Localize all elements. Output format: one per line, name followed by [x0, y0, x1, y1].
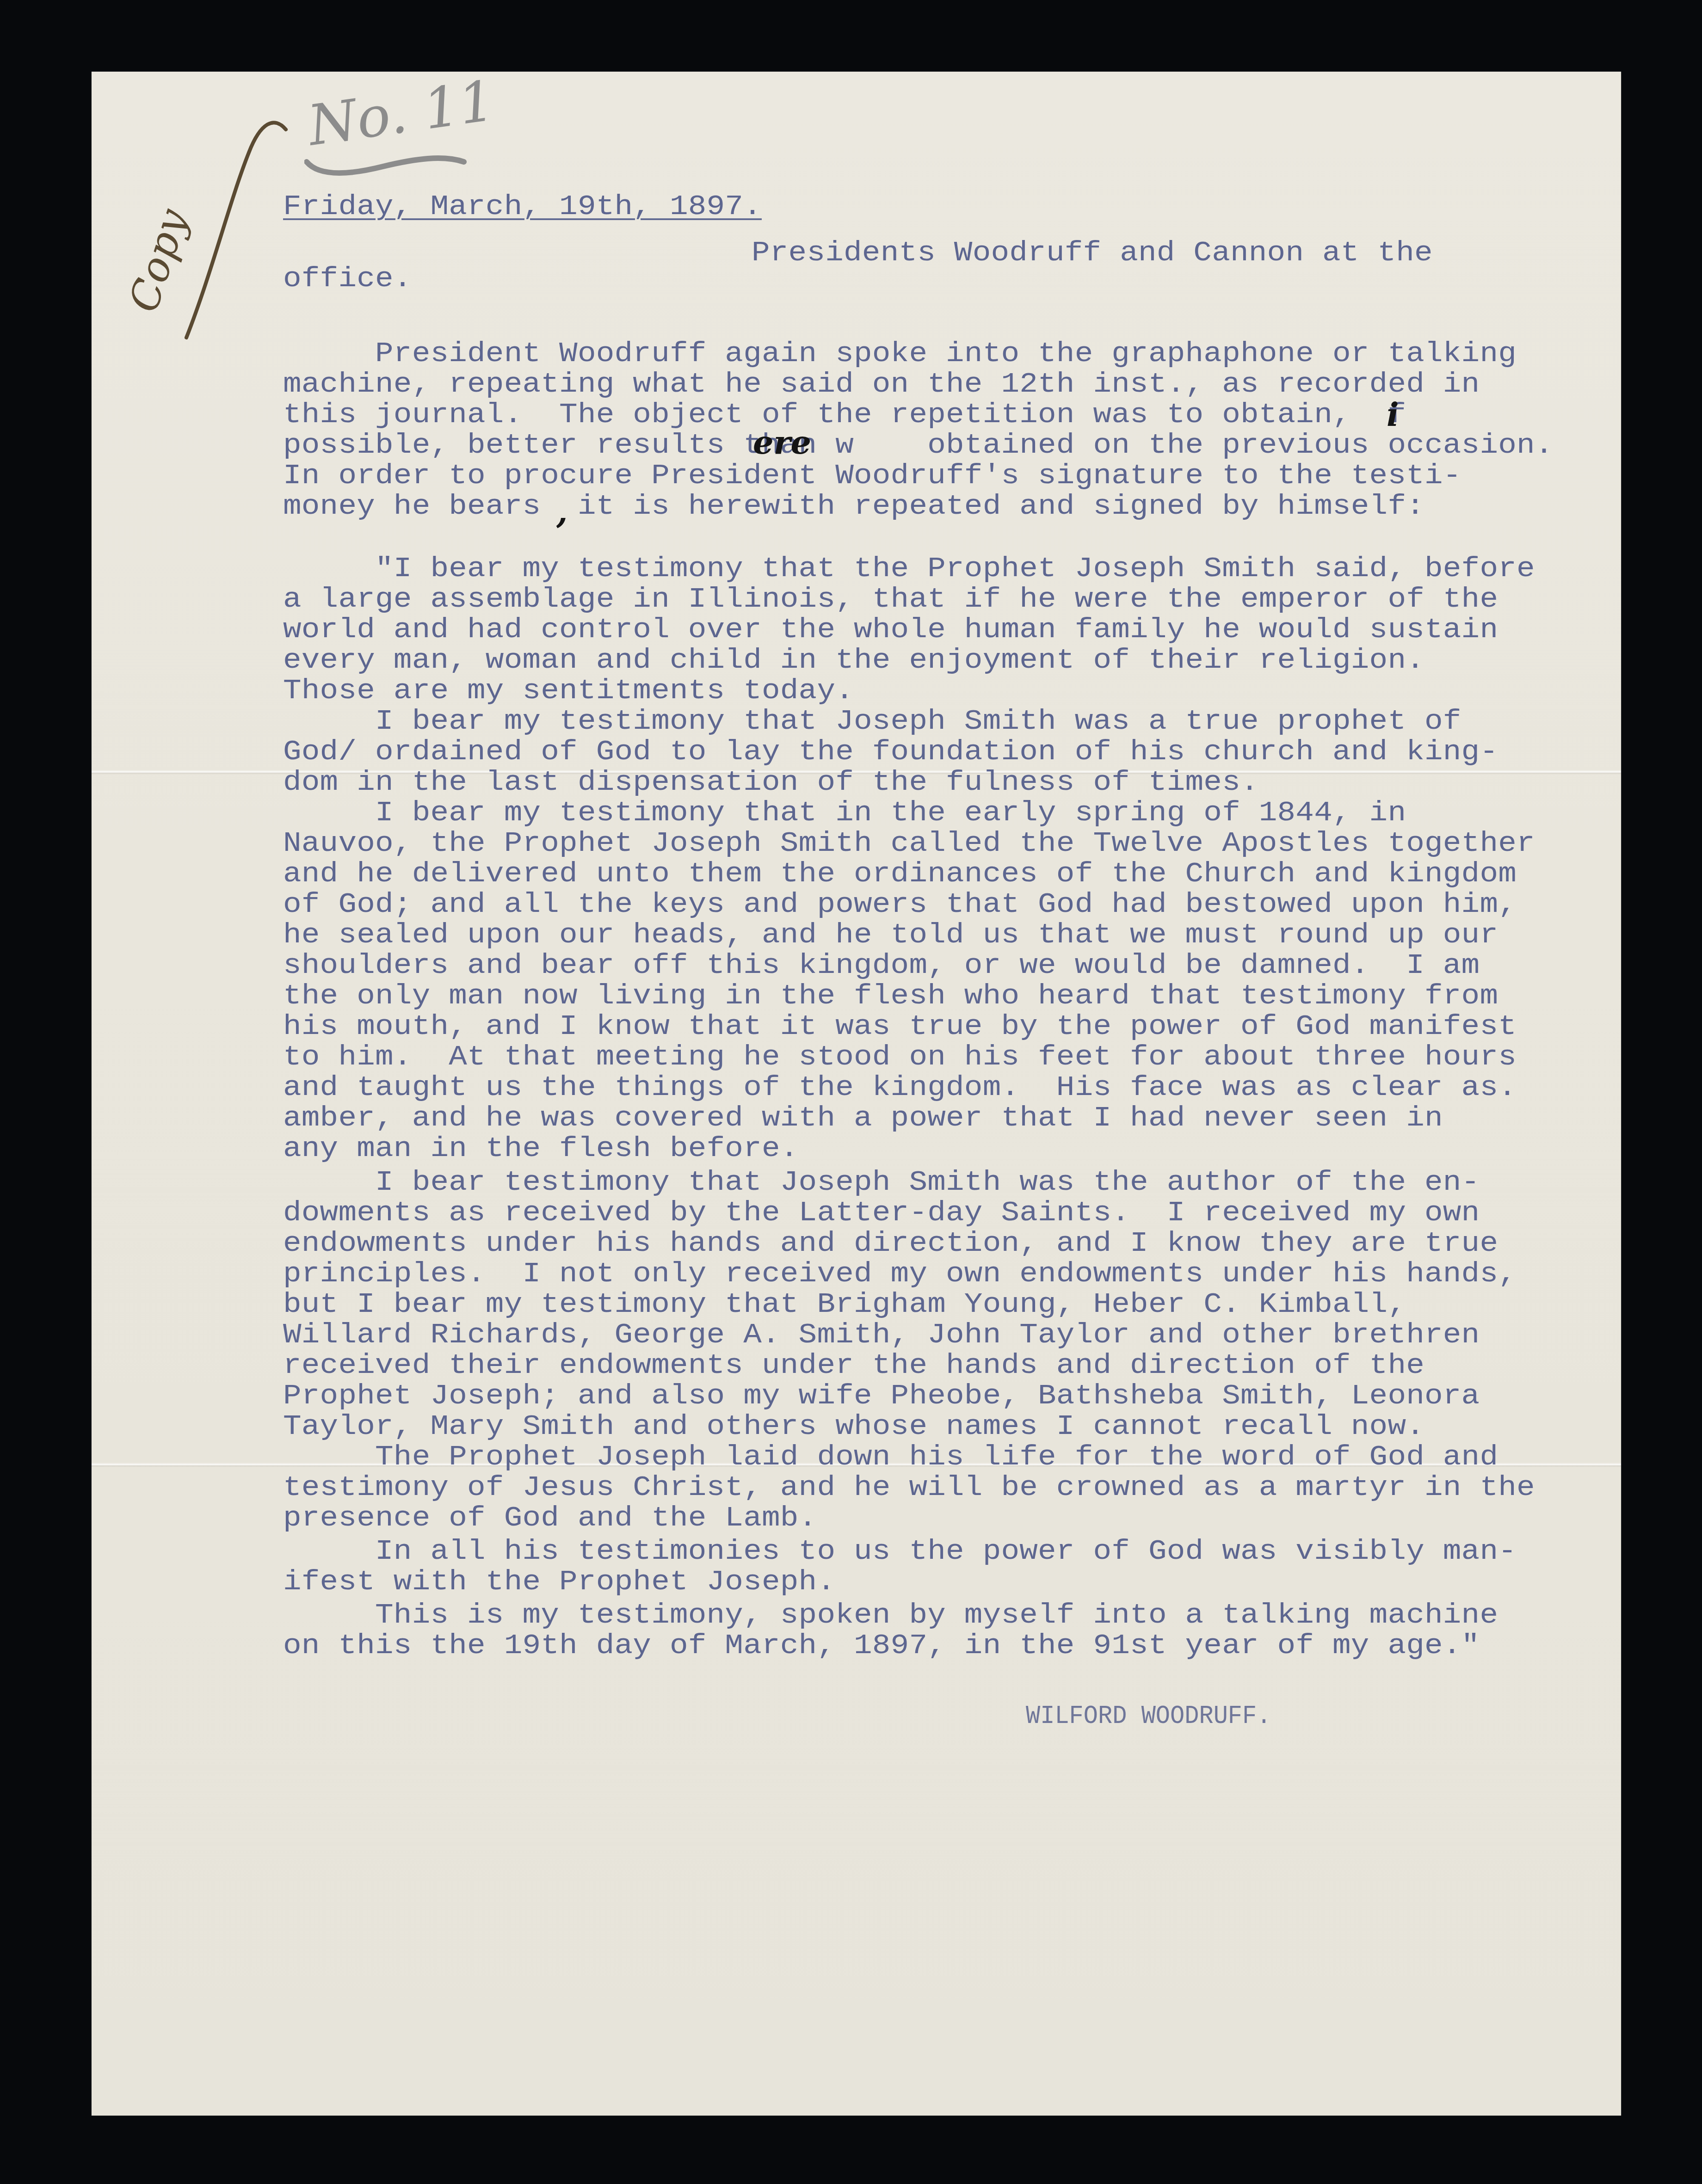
handwritten-document-number: No. 11: [304, 69, 499, 159]
testimony-line: but I bear my testimony that Brigham You…: [283, 1291, 1406, 1319]
testimony-line: dom in the last dispensation of the fuln…: [283, 769, 1259, 797]
testimony-line: and he delivered unto them the ordinance…: [283, 860, 1517, 888]
paragraph-line: In order to procure President Woodruff's…: [283, 462, 1461, 490]
typed-signature: WILFORD WOODRUFF.: [1026, 1704, 1271, 1729]
testimony-line: Willard Richards, George A. Smith, John …: [283, 1321, 1480, 1349]
document-page: Copy No. 11 Friday, March, 19th, 1897. P…: [92, 72, 1621, 2116]
paragraph-line: machine, repeating what he said on the 1…: [283, 370, 1480, 399]
testimony-line: to him. At that meeting he stood on his …: [283, 1043, 1517, 1071]
testimony-line: amber, and he was covered with a power t…: [283, 1104, 1443, 1132]
testimony-line: a large assemblage in Illinois, that if …: [283, 585, 1498, 614]
paragraph-line: money he bears it is herewith repeated a…: [283, 492, 1424, 521]
testimony-line: I bear my testimony that Joseph Smith wa…: [283, 707, 1461, 736]
testimony-line: presence of God and the Lamb.: [283, 1504, 817, 1532]
testimony-line: testimony of Jesus Christ, and he will b…: [283, 1474, 1535, 1502]
handwritten-correction-if: i: [1387, 395, 1399, 434]
handwritten-correction-comma: ,: [556, 492, 567, 531]
paragraph-line: President Woodruff again spoke into the …: [283, 340, 1517, 368]
handwritten-correction-were: ere: [753, 423, 811, 461]
testimony-line: he sealed upon our heads, and he told us…: [283, 921, 1498, 949]
paragraph-line: this journal. The object of the repetiti…: [283, 401, 1406, 429]
testimony-line: Prophet Joseph; and also my wife Pheobe,…: [283, 1382, 1480, 1410]
testimony-line: and taught us the things of the kingdom.…: [283, 1074, 1517, 1102]
testimony-line: ifest with the Prophet Joseph.: [283, 1568, 835, 1596]
intro-line-1: Presidents Woodruff and Cannon at the: [752, 239, 1433, 267]
testimony-line: I bear my testimony that in the early sp…: [283, 799, 1406, 827]
testimony-line: endowments under his hands and direction…: [283, 1230, 1498, 1258]
testimony-line: God/ ordained of God to lay the foundati…: [283, 738, 1498, 766]
testimony-line: principles. I not only received my own e…: [283, 1260, 1517, 1288]
testimony-line: "I bear my testimony that the Prophet Jo…: [283, 555, 1535, 583]
date-heading: Friday, March, 19th, 1897.: [283, 193, 762, 221]
testimony-line: any man in the flesh before.: [283, 1135, 799, 1163]
testimony-line: received their endowments under the hand…: [283, 1352, 1424, 1380]
testimony-line: the only man now living in the flesh who…: [283, 982, 1498, 1010]
testimony-line: shoulders and bear off this kingdom, or …: [283, 952, 1480, 980]
testimony-line: his mouth, and I know that it was true b…: [283, 1013, 1517, 1041]
testimony-line: world and had control over the whole hum…: [283, 616, 1498, 644]
testimony-line: This is my testimony, spoken by myself i…: [283, 1601, 1498, 1630]
testimony-line: dowments as received by the Latter-day S…: [283, 1199, 1480, 1227]
testimony-line: on this the 19th day of March, 1897, in …: [283, 1632, 1480, 1660]
testimony-line: of God; and all the keys and powers that…: [283, 891, 1517, 919]
testimony-line: Taylor, Mary Smith and others whose name…: [283, 1413, 1424, 1441]
testimony-line: In all his testimonies to us the power o…: [283, 1538, 1517, 1566]
intro-line-2: office.: [283, 265, 412, 293]
testimony-line: every man, woman and child in the enjoym…: [283, 646, 1424, 675]
testimony-line: Those are my sentitments today.: [283, 677, 854, 705]
testimony-line: Nauvoo, the Prophet Joseph Smith called …: [283, 830, 1535, 858]
testimony-line: The Prophet Joseph laid down his life fo…: [283, 1443, 1498, 1471]
paragraph-line: possible, better results than w obtained…: [283, 431, 1554, 460]
handwritten-underline-stroke: [304, 150, 471, 183]
testimony-line: I bear testimony that Joseph Smith was t…: [283, 1169, 1480, 1197]
